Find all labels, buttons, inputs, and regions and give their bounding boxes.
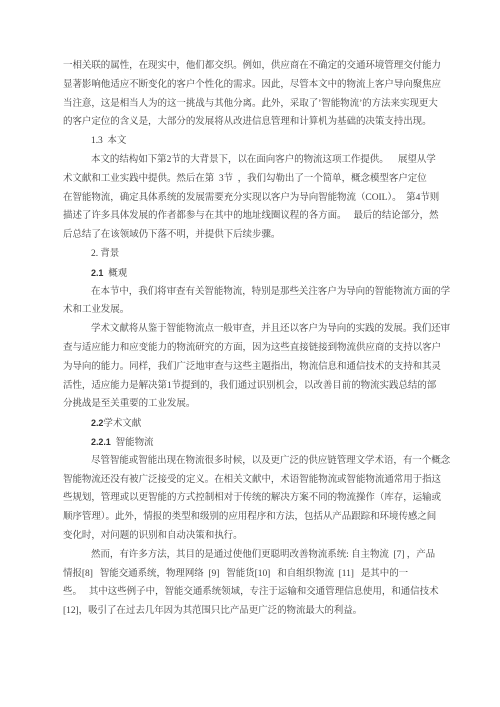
text-line: 本文的结构如下第2节的大背景下，以在面向客户的物流这项工作提供。 展望从学	[63, 151, 445, 170]
text-line: 顺序管理）。此外，情报的类型和级别的应用程序和方法，包括从产品跟踪和环境传感之间	[63, 508, 445, 527]
heading-title: 背景	[100, 249, 119, 259]
text-line: 术文献和工业实践中提供。然后在第 3节 ，我们勾勒出了一个简单，概念模型客户定位	[63, 170, 445, 189]
section-heading: 2. 背景	[63, 245, 445, 264]
heading-number: 2.2.1	[91, 437, 116, 447]
section-heading: 2.2学术文献	[63, 414, 445, 433]
heading-title: 智能物流	[116, 438, 154, 448]
document-page: 一相关联的属性，在现实中，他们都交织。例如，供应商在不确定的交通环境管理交付能力…	[0, 0, 500, 707]
text-line: 后总结了在该领域仍下落不明，并提供下后续步骤。	[63, 226, 445, 245]
heading-number: 2.1	[91, 268, 108, 278]
text-line: 尽管智能或智能出现在物流很多时候，以及更广泛的供应链管理文学术语，有一个概念	[63, 452, 445, 471]
heading-title: 本文	[107, 136, 126, 146]
text-line: 然而，有许多方法，其目的是通过使他们更聪明改善物流系统: 自主物流 [7] ，产…	[63, 546, 445, 565]
text-line: 变化时，对问题的识别和自动决策和执行。	[63, 527, 445, 546]
text-line: 的客户定位的含义是，大部分的发展将从改进信息管理和计算机为基础的决策支持出现。	[63, 113, 445, 132]
text-line: 查与适应能力和应变能力的物流研究的方面，因为这些直接链接到物流供应商的支持以客户	[63, 339, 445, 358]
section-heading: 1.3 本文	[63, 132, 445, 151]
text-line: 些规划，管理或以更智能的方式控制相对于传统的解决方案不同的物流操作（库存，运输或	[63, 489, 445, 508]
text-line: 分挑战是至关重要的工业发展。	[63, 395, 445, 414]
text-line: 学术文献将从鉴于智能物流点一般审查，并且还以客户为导向的实践的发展。我们还审	[63, 320, 445, 339]
text-line: 一相关联的属性，在现实中，他们都交织。例如，供应商在不确定的交通环境管理交付能力	[63, 57, 445, 76]
text-line: [12]，吸引了在过去几年因为其范围只比产品更广泛的物流最大的利益。	[63, 602, 445, 621]
text-line: 活性，适应能力是解决第1节提到的，我们通过识别机会，以改善目前的物流实践总结的部	[63, 377, 445, 396]
text-line: 术和工业发展。	[63, 301, 445, 320]
text-line: 显著影响他适应不断变化的客户个性化的需求。因此，尽管本文中的物流上客户导向聚焦应	[63, 76, 445, 95]
heading-number: 2.2	[91, 418, 103, 428]
text-line: 情报[8] 智能交通系统，物理网络 [9] 智能货[10] 和自组织物流 [11…	[63, 565, 445, 584]
text-line: 在本节中，我们将审查有关智能物流，特别是那些关注客户为导向的智能物流方面的学	[63, 283, 445, 302]
text-line: 智能物流还没有被广泛接受的定义。在相关文献中，术语智能物流或智能物流通常用于指这	[63, 471, 445, 490]
heading-number: 1.3	[91, 136, 107, 146]
heading-title: 概观	[108, 269, 127, 279]
text-column: 一相关联的属性，在现实中，他们都交织。例如，供应商在不确定的交通环境管理交付能力…	[63, 57, 445, 621]
text-line: 些。 其中这些例子中，智能交通系统领域，专注于运输和交通管理信息使用，和通信技术	[63, 583, 445, 602]
heading-title: 学术文献	[103, 419, 141, 429]
heading-number: 2.	[91, 249, 100, 259]
text-line: 在智能物流，确定具体系统的发展需要充分实现以客户为导向智能物流（COIL）。 第…	[63, 189, 445, 208]
text-line: 当注意，这是相当人为的这一挑战与其他分离。此外，采取了’智能物流’的方法来实现更…	[63, 95, 445, 114]
text-line: 描述了许多具体发展的作者都参与在其中的地址线圈议程的各方面。 最后的结论部分，然	[63, 207, 445, 226]
text-line: 为导向的能力。同样，我们广泛地审查与这些主题指出，物流信息和通信技术的支持和其灵	[63, 358, 445, 377]
section-heading: 2.1 概观	[63, 264, 445, 283]
section-heading: 2.2.1 智能物流	[63, 433, 445, 452]
